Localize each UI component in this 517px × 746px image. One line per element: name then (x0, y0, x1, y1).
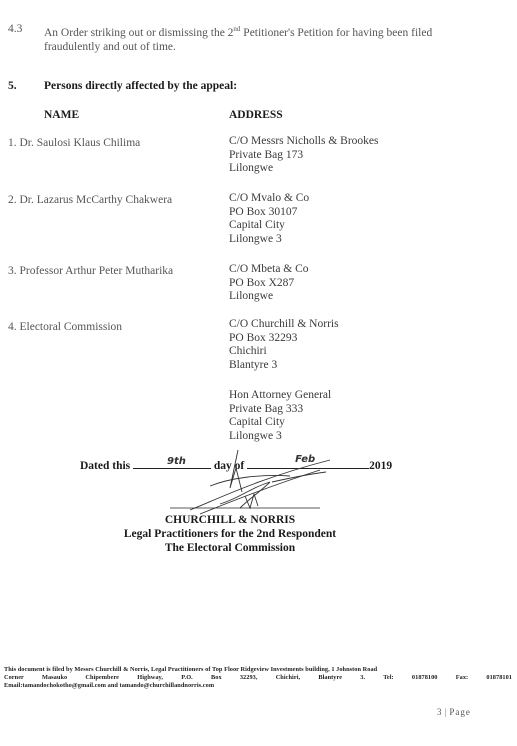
address-line: Private Bag 333 (229, 403, 331, 417)
footer-line-2: Corner Masauko Chipembere Highway, P.O. … (4, 674, 512, 682)
person-address: C/O Mbeta & Co PO Box X287 Lilongwe (229, 263, 309, 304)
person-name: 4. Electoral Commission (8, 320, 122, 334)
footer-line-3: Email:tamandochokotho@gmail.com and tama… (4, 682, 512, 690)
address-line: Hon Attorney General (229, 389, 331, 403)
clause-text-line2: fraudulently and out of time. (44, 41, 176, 53)
address-line: C/O Churchill & Norris (229, 318, 339, 332)
address-line: Blantyre 3 (229, 359, 339, 373)
page-number: 3|Page (437, 707, 471, 717)
address-line: C/O Messrs Nicholls & Brookes (229, 135, 379, 149)
footer-line-1: This document is filed by Messrs Churchi… (4, 666, 512, 674)
page-number-value: 3 (437, 707, 443, 717)
clause-text-part2: Petitioner's Petition for having been fi… (240, 27, 432, 39)
firm-role: Legal Practitioners for the 2nd Responde… (80, 527, 380, 541)
address-line: C/O Mvalo & Co (229, 192, 309, 206)
dated-label: Dated this (80, 460, 130, 472)
address-line: PO Box 32293 (229, 332, 339, 346)
person-address: C/O Churchill & Norris PO Box 32293 Chic… (229, 318, 339, 372)
column-header-name: NAME (44, 108, 79, 122)
attorney-general-address: Hon Attorney General Private Bag 333 Cap… (229, 389, 331, 443)
address-line: Chichiri (229, 345, 339, 359)
address-line: Capital City (229, 219, 309, 233)
clause-number: 4.3 (8, 22, 22, 36)
section-number: 5. (8, 79, 17, 93)
page-divider: | (445, 707, 448, 717)
address-line: Capital City (229, 416, 331, 430)
address-line: Lilongwe (229, 162, 379, 176)
address-line: C/O Mbeta & Co (229, 263, 309, 277)
person-address: C/O Messrs Nicholls & Brookes Private Ba… (229, 135, 379, 176)
address-line: Lilongwe 3 (229, 233, 309, 247)
section-heading: Persons directly affected by the appeal: (44, 79, 237, 93)
person-name: 2. Dr. Lazarus McCarthy Chakwera (8, 193, 172, 207)
page-label: Page (449, 707, 471, 717)
address-line: Lilongwe 3 (229, 430, 331, 444)
clause-text: An Order striking out or dismissing the … (44, 22, 484, 54)
address-line: Private Bag 173 (229, 149, 379, 163)
address-line: PO Box X287 (229, 277, 309, 291)
firm-name: CHURCHILL & NORRIS (80, 513, 380, 527)
filing-footer: This document is filed by Messrs Churchi… (4, 666, 512, 690)
address-line: Lilongwe (229, 290, 309, 304)
clause-text-part1: An Order striking out or dismissing the … (44, 27, 233, 39)
signature-icon (150, 448, 340, 516)
year: 2019 (369, 460, 392, 472)
address-line: PO Box 30107 (229, 206, 309, 220)
person-address: C/O Mvalo & Co PO Box 30107 Capital City… (229, 192, 309, 246)
client-name: The Electoral Commission (80, 541, 380, 555)
column-header-address: ADDRESS (229, 108, 283, 122)
person-name: 3. Professor Arthur Peter Mutharika (8, 264, 173, 278)
person-name: 1. Dr. Saulosi Klaus Chilima (8, 136, 140, 150)
